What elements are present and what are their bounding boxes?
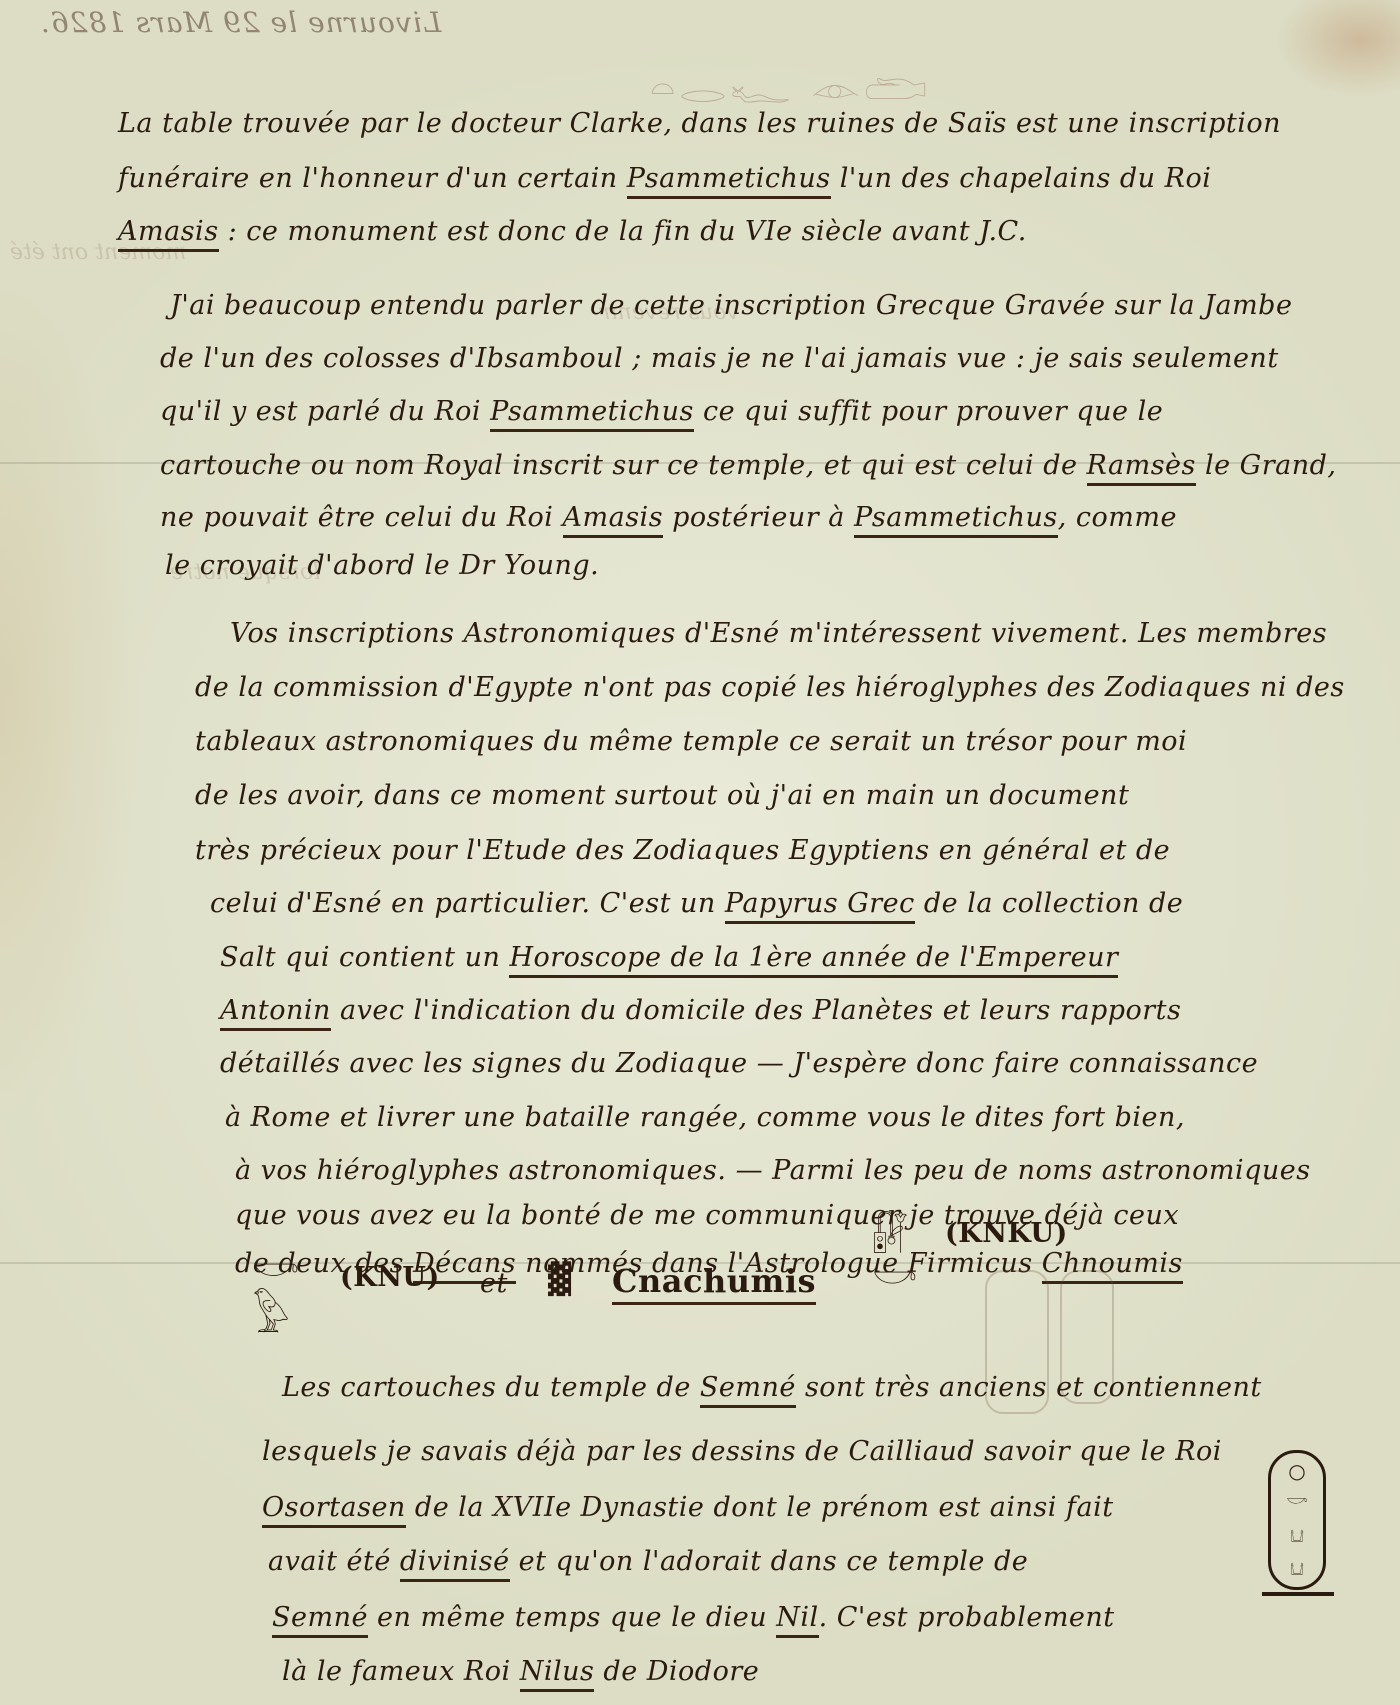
underlined-name: Horoscope de la 1ère année de l'Empereur (509, 942, 1118, 978)
text-run: cartouche ou nom Royal inscrit sur ce te… (160, 450, 1087, 481)
underlined-name: Ramsès (1087, 450, 1196, 486)
name-clarke: Clarke (570, 108, 664, 139)
text-line: de la commission d'Egypte n'ont pas copi… (195, 672, 1345, 703)
text-line: Amasis : ce monument est donc de la fin … (118, 216, 1027, 247)
crossed-out-word: ▓ (548, 1262, 572, 1297)
text-run: de la collection de (915, 888, 1183, 919)
text-line: ne pouvait être celui du Roi Amasis post… (160, 502, 1177, 533)
underlined-name: Semné (700, 1372, 796, 1408)
text-line: de les avoir, dans ce moment surtout où … (195, 780, 1129, 811)
text-run: , comme (1058, 502, 1177, 533)
text-line: Les cartouches du temple de Semné sont t… (282, 1372, 1262, 1403)
text-run: de la XVIIe Dynastie dont le prénom est … (406, 1492, 1114, 1523)
underlined-name: Amasis (563, 502, 664, 538)
underlined-name: Psammetichus (854, 502, 1058, 538)
text-line: Antonin avec l'indication du domicile de… (220, 995, 1181, 1026)
text-line: le croyait d'abord le Dr Young. (165, 550, 599, 581)
text-run: sont très anciens et contiennent (796, 1372, 1262, 1403)
text-line: lesquels je savais déjà par les dessins … (262, 1436, 1222, 1467)
knu-label: (KNU) (340, 1262, 440, 1293)
text-line: là le fameux Roi Nilus de Diodore (282, 1656, 759, 1687)
text-run: avec l'indication du domicile des Planèt… (331, 995, 1181, 1026)
ka-glyph-icon: 𓂓 (1290, 1549, 1304, 1582)
underlined-name: divinisé (400, 1546, 510, 1582)
cartouche-icon: ○ 𓎡 𓂓 𓂓 (1268, 1450, 1326, 1590)
basket-glyph-icon: 𓎡 (1286, 1483, 1308, 1516)
text-run: de Diodore (594, 1656, 759, 1687)
hieroglyph-bleed-icon: 𓏏𓂋𓆑 𓁹𓂧 (650, 50, 931, 116)
letter-page: moment ont été lorsque notre vous reveni… (0, 0, 1400, 1705)
text-line: Salt qui contient un Horoscope de la 1èr… (220, 942, 1118, 973)
cartouche-base (1262, 1592, 1334, 1596)
text-run: et qu'on l'adorait dans ce temple de (510, 1546, 1029, 1577)
underlined-name: Psammetichus (490, 396, 694, 432)
text-line: funéraire en l'honneur d'un certain Psam… (118, 163, 1211, 194)
text-line: à vos hiéroglyphes astronomiques. — Parm… (235, 1155, 1311, 1186)
underlined-name: Psammetichus (627, 163, 831, 199)
text-line: très précieux pour l'Etude des Zodiaques… (195, 835, 1170, 866)
text-line: J'ai beaucoup entendu parler de cette in… (170, 290, 1292, 321)
text-line: La table trouvée par le docteur Clarke, … (118, 108, 1281, 139)
knu-hieroglyph-icon: 𓎡𓅱 (252, 1252, 299, 1340)
text-line: celui d'Esné en particulier. C'est un Pa… (210, 888, 1183, 919)
text-run: en même temps que le dieu (368, 1602, 776, 1633)
underlined-name: Cnachumis (612, 1262, 816, 1305)
underlined-name: Antonin (220, 995, 331, 1031)
text-run: Les cartouches du temple de (282, 1372, 700, 1403)
text-run: funéraire en l'honneur d'un certain (118, 163, 627, 194)
underlined-name: Nil (776, 1602, 818, 1638)
text-line: tableaux astronomiques du même temple ce… (195, 726, 1187, 757)
text-line: Semné en même temps que le dieu Nil. C'e… (272, 1602, 1115, 1633)
text-run: postérieur à (663, 502, 854, 533)
underlined-name: Amasis (118, 216, 219, 252)
text-run: : ce monument est donc de la fin du VIe … (219, 216, 1027, 247)
text-run: avait été (268, 1546, 400, 1577)
text-run: . C'est probablement (819, 1602, 1115, 1633)
text-run: le Grand, (1196, 450, 1337, 481)
underlined-name: Papyrus Grec (725, 888, 915, 924)
cnachumis-label: Cnachumis (612, 1262, 816, 1300)
text-line: Osortasen de la XVIIe Dynastie dont le p… (262, 1492, 1114, 1523)
text-line: qu'il y est parlé du Roi Psammetichus ce… (160, 396, 1163, 427)
text-run: , dans les ruines de Saïs est une inscri… (663, 108, 1281, 139)
underlined-name: Nilus (520, 1656, 595, 1692)
text-run: ne pouvait être celui du Roi (160, 502, 563, 533)
text-line: avait été divinisé et qu'on l'adorait da… (268, 1546, 1028, 1577)
connector-text: et (480, 1268, 508, 1299)
sun-glyph-icon: ○ (1288, 1459, 1305, 1483)
underlined-name: Semné (272, 1602, 368, 1638)
text-line: Vos inscriptions Astronomiques d'Esné m'… (230, 618, 1327, 649)
text-line: à Rome et livrer une bataille rangée, co… (225, 1102, 1185, 1133)
text-line: cartouche ou nom Royal inscrit sur ce te… (160, 450, 1337, 481)
text-line: détaillés avec les signes du Zodiaque — … (220, 1048, 1258, 1079)
dateline: Livourne le 29 Mars 1826. (40, 6, 441, 39)
text-run: qu'il y est parlé du Roi (160, 396, 490, 427)
ka-glyph-icon: 𓂓 (1290, 1516, 1304, 1549)
text-run: celui d'Esné en particulier. C'est un (210, 888, 725, 919)
knku-hieroglyph-icon: 𓏞𓎡 (872, 1218, 917, 1302)
knku-label: (KNKU) (945, 1218, 1068, 1249)
text-run: Salt qui contient un (220, 942, 509, 973)
underlined-name: Osortasen (262, 1492, 406, 1528)
text-run: là le fameux Roi (282, 1656, 520, 1687)
text-run: l'un des chapelains du Roi (831, 163, 1212, 194)
text-run: La table trouvée par le docteur (118, 108, 570, 139)
text-line: de l'un des colosses d'Ibsamboul ; mais … (160, 343, 1279, 374)
text-run: ce qui suffit pour prouver que le (694, 396, 1163, 427)
